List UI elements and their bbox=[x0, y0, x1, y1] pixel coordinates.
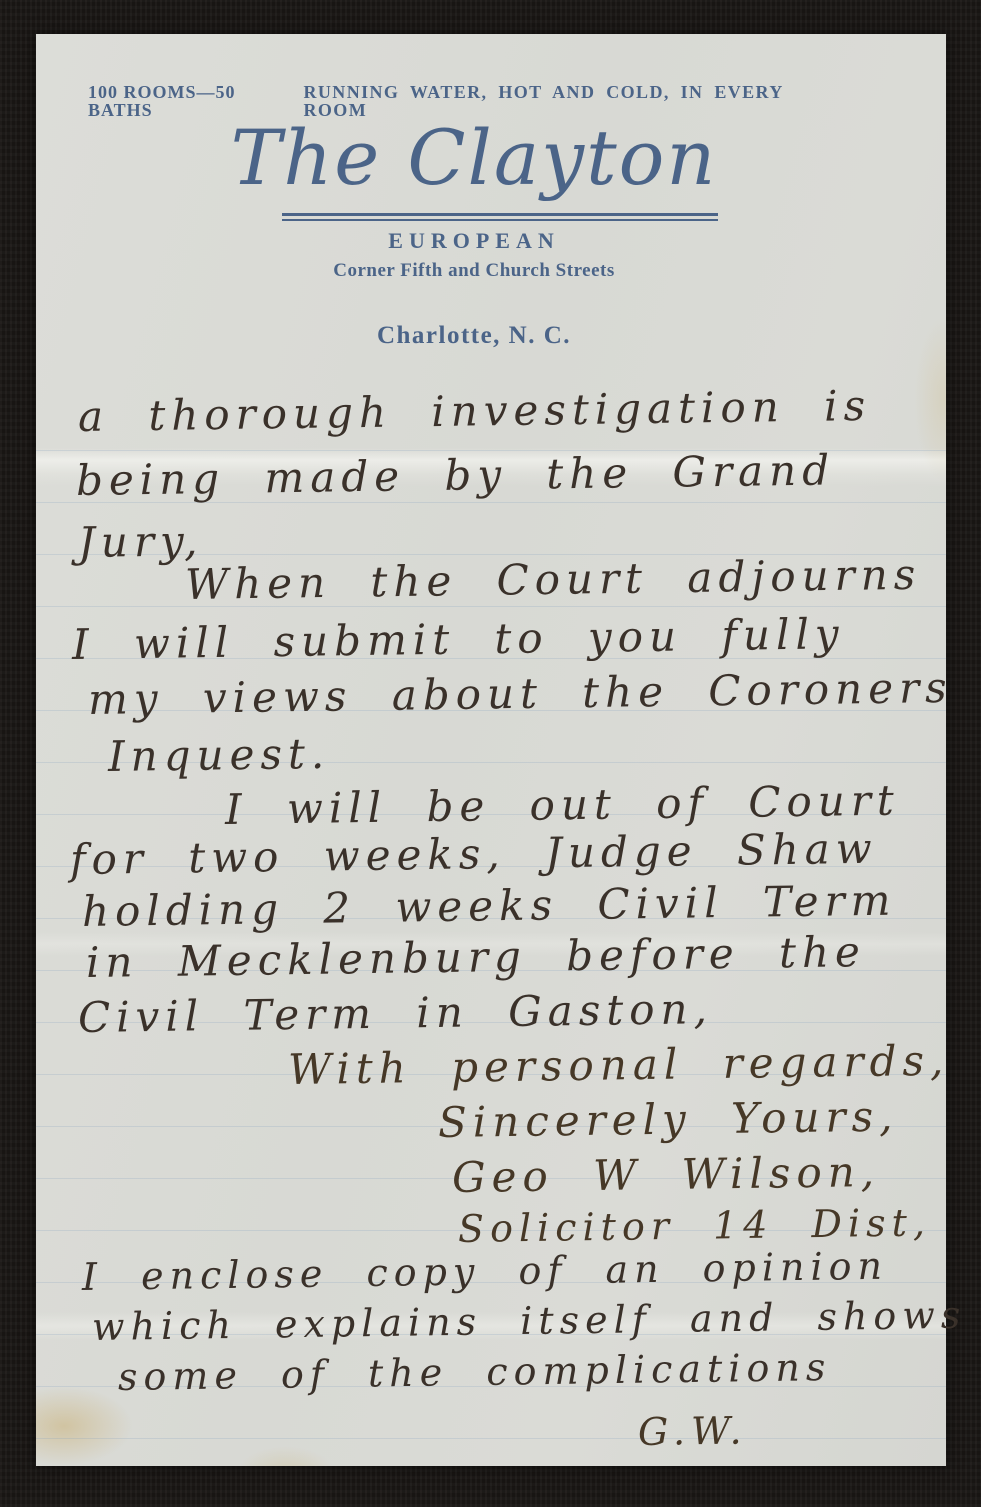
closing-line: With personal regards, bbox=[288, 1038, 950, 1093]
initials: G.W. bbox=[638, 1410, 748, 1453]
signature: Geo W Wilson, bbox=[452, 1149, 881, 1201]
postscript-line: some of the complications bbox=[118, 1347, 832, 1399]
handwritten-line: When the Court adjourns bbox=[185, 552, 922, 608]
handwritten-line: Jury, bbox=[78, 518, 204, 566]
letterhead-plan: EUROPEAN bbox=[36, 228, 946, 254]
handwritten-line: Civil Term in Gaston, bbox=[78, 986, 714, 1041]
handwritten-line: a thorough investigation is bbox=[78, 383, 872, 440]
handwritten-line: my views about the Coroners bbox=[88, 665, 953, 723]
letterhead-address: Corner Fifth and Church Streets bbox=[36, 260, 946, 282]
postscript-line: which explains itself and shows bbox=[92, 1295, 967, 1349]
scanned-letter: 100 ROOMS—50 BATHS RUNNING WATER, HOT AN… bbox=[0, 0, 981, 1507]
letter-page: 100 ROOMS—50 BATHS RUNNING WATER, HOT AN… bbox=[36, 34, 946, 1466]
handwritten-line: in Mecklenburg before the bbox=[86, 929, 866, 986]
handwritten-line: for two weeks, Judge Shaw bbox=[70, 826, 878, 883]
closing-line: Sincerely Yours, bbox=[438, 1094, 899, 1147]
handwritten-line: being made by the Grand bbox=[76, 447, 836, 504]
handwritten-line: I will submit to you fully bbox=[72, 611, 845, 668]
handwritten-line: holding 2 weeks Civil Term bbox=[82, 878, 897, 936]
double-rule bbox=[282, 213, 718, 221]
handwritten-line: Inquest. bbox=[108, 731, 331, 780]
postscript-line: I enclose copy of an opinion bbox=[82, 1246, 889, 1299]
hotel-name: The Clayton bbox=[36, 118, 946, 198]
letterhead-city: Charlotte, N. C. bbox=[36, 322, 946, 350]
